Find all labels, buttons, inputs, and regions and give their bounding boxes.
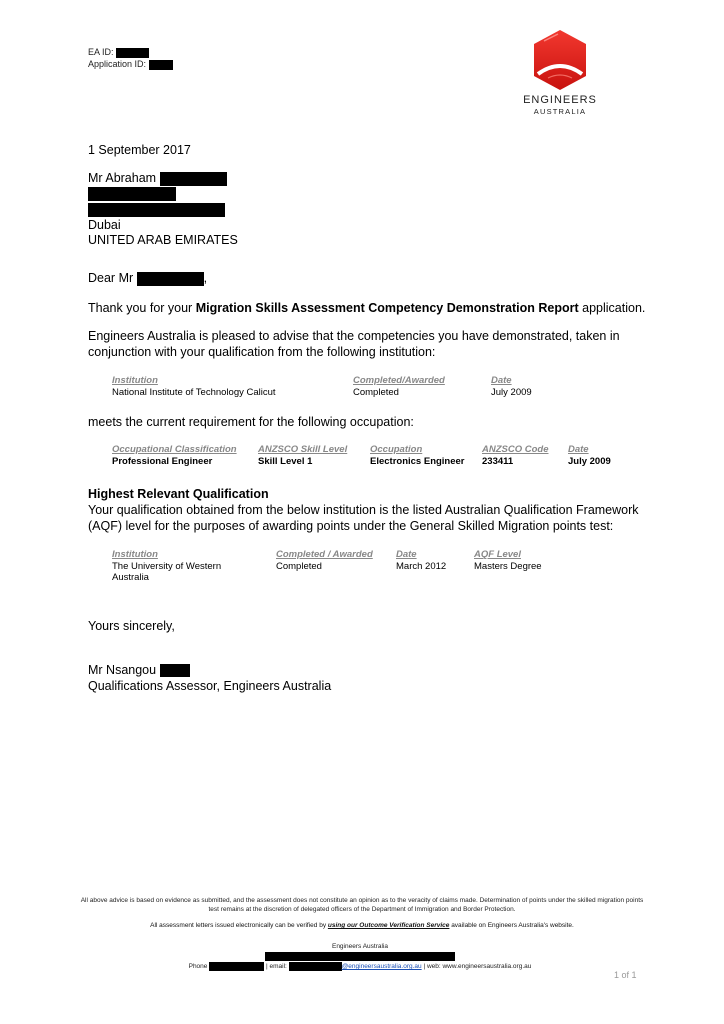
contact-line: Phone | email: @engineersaustralia.org.a… bbox=[160, 962, 560, 972]
col-header-aqf-level: AQF Level bbox=[474, 549, 521, 560]
cell-institution: The University of Western Australia bbox=[112, 561, 242, 583]
col-header-date: Date bbox=[568, 444, 589, 455]
reference-ids: EA ID: Application ID: bbox=[88, 46, 173, 70]
redacted-address bbox=[160, 952, 560, 962]
verify-text-end: available on Engineers Australia's websi… bbox=[449, 922, 573, 929]
engineers-australia-logo: ENGINEERS AUSTRALIA bbox=[520, 28, 600, 116]
cell-classification: Professional Engineer bbox=[112, 456, 212, 467]
col-header-date: Date bbox=[491, 375, 512, 386]
cell-completed: Completed bbox=[353, 387, 399, 398]
hrq-heading: Highest Relevant Qualification bbox=[88, 487, 269, 503]
cell-anzsco-code: 233411 bbox=[482, 456, 513, 467]
verify-text: All assessment letters issued electronic… bbox=[150, 922, 328, 929]
application-id-label: Application ID: bbox=[88, 59, 146, 69]
col-header-completed: Completed/Awarded bbox=[353, 375, 445, 386]
col-header-anzsco-code: ANZSCO Code bbox=[482, 444, 549, 455]
logo-text-australia: AUSTRALIA bbox=[520, 107, 600, 116]
redacted-surname bbox=[160, 172, 227, 186]
verification-notice: All assessment letters issued electronic… bbox=[80, 922, 644, 929]
intro-paragraph: Thank you for your Migration Skills Asse… bbox=[88, 301, 668, 317]
cell-skill-level: Skill Level 1 bbox=[258, 456, 312, 467]
assessment-type: Migration Skills Assessment Competency D… bbox=[196, 301, 579, 315]
redacted-phone bbox=[209, 962, 264, 971]
col-header-occupation: Occupation bbox=[370, 444, 422, 455]
cell-institution: National Institute of Technology Calicut bbox=[112, 387, 276, 398]
page-number: 1 of 1 bbox=[614, 970, 637, 980]
redacted-signer-surname bbox=[160, 664, 190, 677]
cell-date: July 2009 bbox=[568, 456, 611, 467]
contact-footer: Engineers Australia Phone | email: @engi… bbox=[160, 942, 560, 972]
salutation-comma: , bbox=[204, 271, 207, 285]
cell-aqf-level: Masters Degree bbox=[474, 561, 542, 572]
col-header-completed: Completed / Awarded bbox=[276, 549, 373, 560]
application-id-line: Application ID: bbox=[88, 58, 173, 70]
logo-text-engineers: ENGINEERS bbox=[520, 94, 600, 106]
intro-text: Thank you for your bbox=[88, 301, 196, 315]
email-label: | email: bbox=[266, 963, 287, 970]
col-header-institution: Institution bbox=[112, 549, 158, 560]
recipient-city: Dubai bbox=[88, 218, 238, 234]
col-header-skill-level: ANZSCO Skill Level bbox=[258, 444, 347, 455]
meets-requirement-text: meets the current requirement for the fo… bbox=[88, 415, 414, 431]
recipient-country: UNITED ARAB EMIRATES bbox=[88, 233, 238, 249]
ea-id-line: EA ID: bbox=[88, 46, 173, 58]
redacted-email-user bbox=[289, 962, 342, 971]
redacted-address-line-1 bbox=[88, 187, 238, 203]
signer-title: Qualifications Assessor, Engineers Austr… bbox=[88, 679, 331, 695]
redacted-salutation-name bbox=[137, 272, 204, 286]
intro-text-end: application. bbox=[579, 301, 646, 315]
redacted-ea-id bbox=[116, 48, 149, 58]
signoff: Yours sincerely, bbox=[88, 619, 175, 635]
phone-label: Phone bbox=[189, 963, 208, 970]
cell-date: July 2009 bbox=[491, 387, 532, 398]
recipient-address: Mr Abraham Dubai UNITED ARAB EMIRATES bbox=[88, 171, 238, 249]
footer-org: Engineers Australia bbox=[160, 942, 560, 952]
col-header-institution: Institution bbox=[112, 375, 158, 386]
col-header-date: Date bbox=[396, 549, 417, 560]
salutation-text: Dear Mr bbox=[88, 271, 133, 285]
signer-block: Mr Nsangou Qualifications Assessor, Engi… bbox=[88, 663, 331, 694]
recipient-name: Mr Abraham bbox=[88, 171, 156, 185]
outcome-verification-link[interactable]: using our Outcome Verification Service bbox=[328, 922, 450, 929]
hrq-paragraph: Your qualification obtained from the bel… bbox=[88, 503, 668, 534]
signer-name: Mr Nsangou bbox=[88, 663, 156, 677]
hexagon-logo-icon bbox=[532, 28, 588, 92]
ea-id-label: EA ID: bbox=[88, 47, 114, 57]
web-address: | web: www.engineersaustralia.org.au bbox=[423, 963, 531, 970]
col-header-classification: Occupational Classification bbox=[112, 444, 237, 455]
redacted-application-id bbox=[149, 60, 173, 70]
signer-name-line: Mr Nsangou bbox=[88, 663, 331, 679]
redacted-address-line-2 bbox=[88, 202, 238, 218]
cell-date: March 2012 bbox=[396, 561, 446, 572]
salutation: Dear Mr , bbox=[88, 271, 207, 287]
cell-occupation: Electronics Engineer bbox=[370, 456, 465, 467]
recipient-name-line: Mr Abraham bbox=[88, 171, 238, 187]
competency-paragraph: Engineers Australia is pleased to advise… bbox=[88, 329, 668, 360]
cell-completed: Completed bbox=[276, 561, 322, 572]
disclaimer-text: All above advice is based on evidence as… bbox=[80, 896, 644, 914]
letter-date: 1 September 2017 bbox=[88, 143, 191, 159]
email-link[interactable]: @engineersaustralia.org.au bbox=[342, 963, 422, 970]
